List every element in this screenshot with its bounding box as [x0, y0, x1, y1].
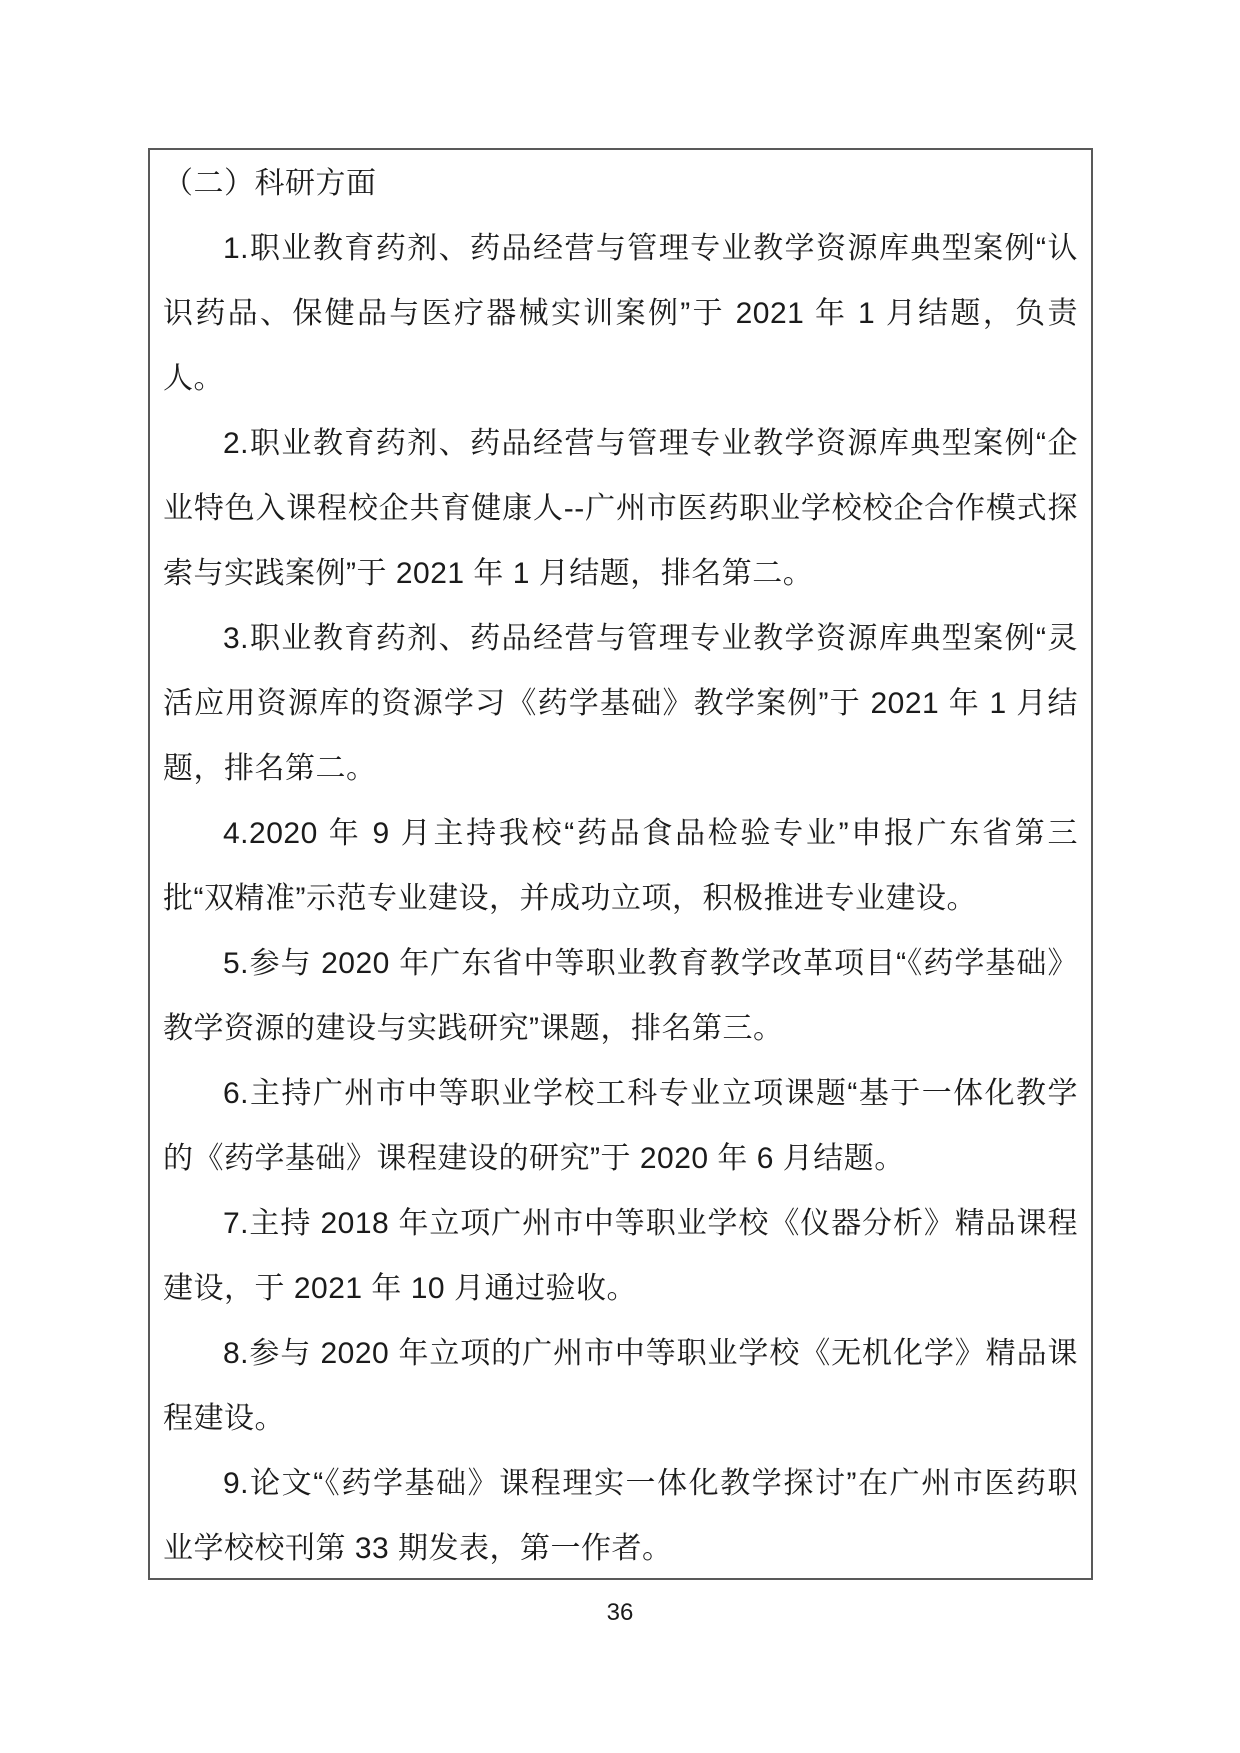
research-item-4: 4.2020 年 9 月主持我校“药品食品检验专业”申报广东省第三批“双精准”示…	[163, 801, 1078, 931]
research-item-1: 1.职业教育药剂、药品经营与管理专业教学资源库典型案例“认识药品、保健品与医疗器…	[163, 216, 1078, 411]
research-item-8: 8.参与 2020 年立项的广州市中等职业学校《无机化学》精品课程建设。	[163, 1321, 1078, 1451]
research-item-9: 9.论文“《药学基础》课程理实一体化教学探讨”在广州市医药职业学校校刊第 33 …	[163, 1451, 1078, 1580]
research-item-7: 7.主持 2018 年立项广州市中等职业学校《仪器分析》精品课程建设，于 202…	[163, 1191, 1078, 1321]
section-heading: （二）科研方面	[163, 151, 1078, 216]
page-number: 36	[0, 1598, 1240, 1628]
research-item-5: 5.参与 2020 年广东省中等职业教育教学改革项目“《药学基础》教学资源的建设…	[163, 931, 1078, 1061]
research-item-2: 2.职业教育药剂、药品经营与管理专业教学资源库典型案例“企业特色入课程校企共育健…	[163, 411, 1078, 606]
research-item-3: 3.职业教育药剂、药品经营与管理专业教学资源库典型案例“灵活应用资源库的资源学习…	[163, 606, 1078, 801]
research-item-6: 6.主持广州市中等职业学校工科专业立项课题“基于一体化教学的《药学基础》课程建设…	[163, 1061, 1078, 1191]
content-box: （二）科研方面 1.职业教育药剂、药品经营与管理专业教学资源库典型案例“认识药品…	[148, 148, 1093, 1580]
document-page: （二）科研方面 1.职业教育药剂、药品经营与管理专业教学资源库典型案例“认识药品…	[0, 0, 1240, 1753]
